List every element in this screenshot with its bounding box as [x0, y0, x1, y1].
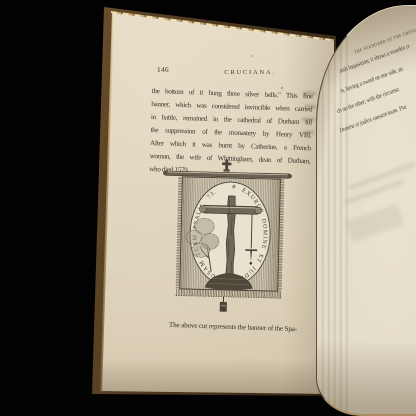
show-through-mark	[305, 105, 316, 108]
page-number: 146	[157, 66, 169, 74]
banner-tassel	[220, 297, 227, 312]
show-through-mark	[304, 131, 314, 134]
running-header-left: CRUCIANA.	[170, 69, 330, 76]
show-through-mark	[302, 118, 315, 121]
right-page: THE STANDARD OF THE CROSS. nish Inquisit…	[316, 5, 416, 416]
foxing-speck	[250, 55, 253, 57]
banner-finial-cross	[222, 159, 231, 171]
show-through-mark	[345, 203, 404, 242]
banner-woodcut-illustration: ✳ EXURGE DOMINE ET JUDICA CAUSAM TUAM PS…	[156, 153, 300, 321]
foxing-speck	[281, 87, 283, 89]
book-photo: 146 CRUCIANA. the bottom of it hung thre…	[0, 0, 416, 416]
show-through-mark	[303, 92, 316, 95]
illustration-caption: The above cut represents the banner of t…	[150, 320, 316, 333]
